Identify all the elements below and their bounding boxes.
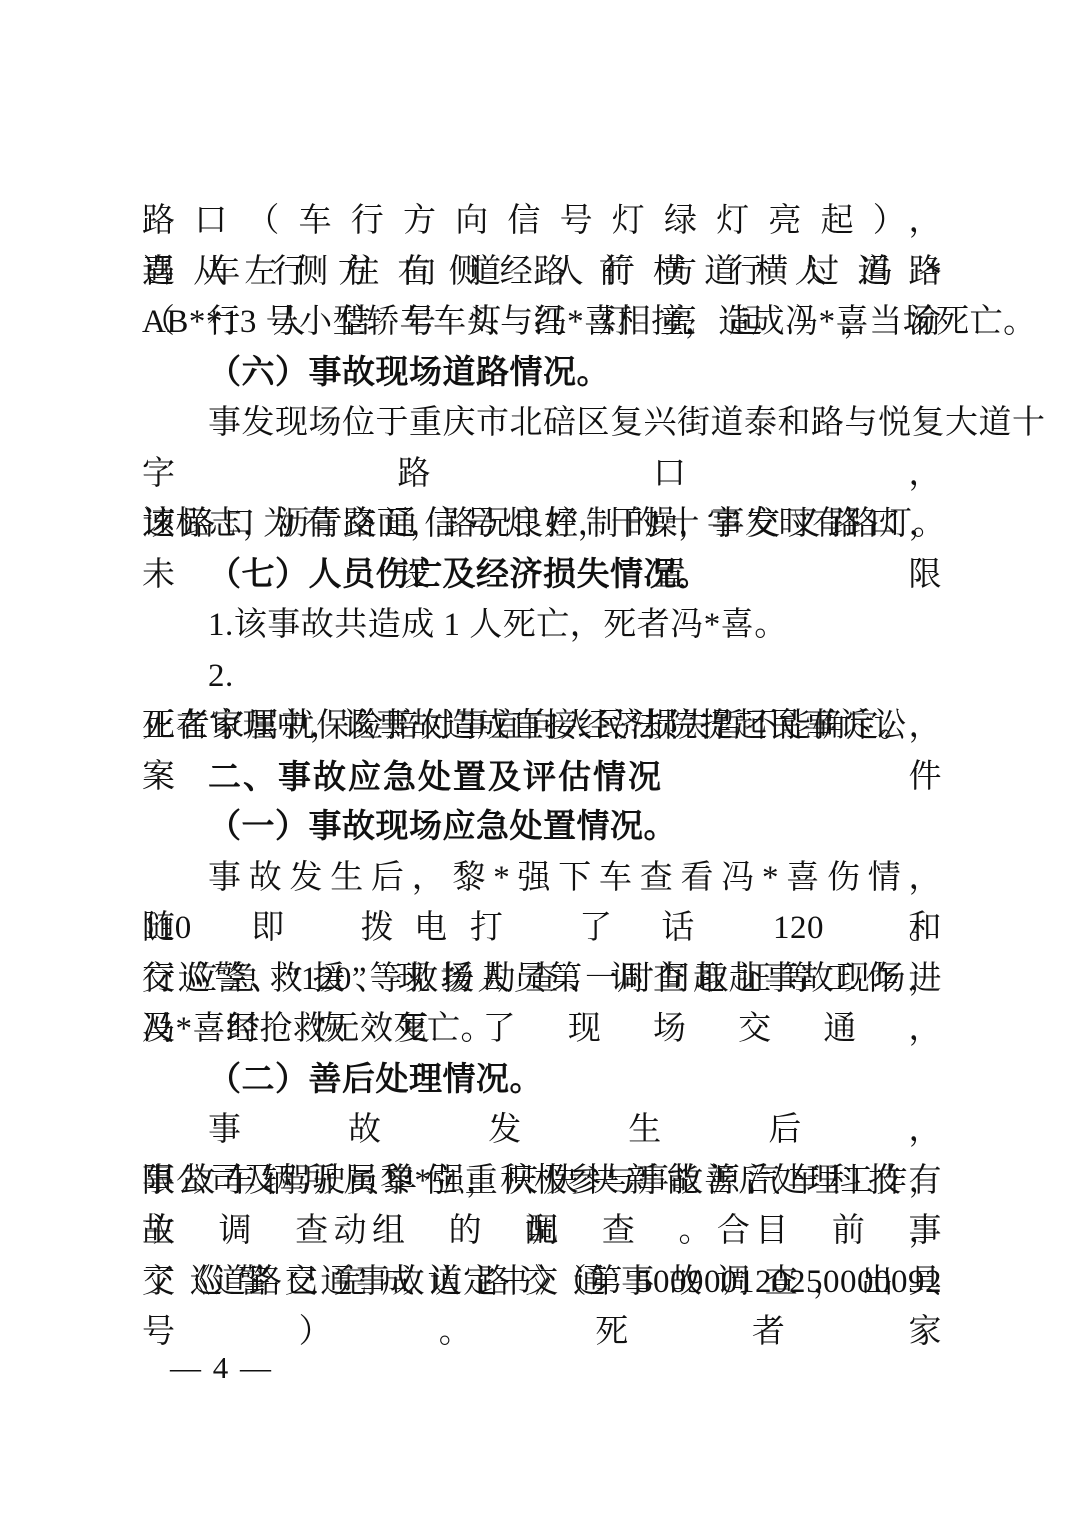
body-text-line: 喜从左侧往右侧经人行横道横过道路（行人信号灯红灯亮起），渝 [142,247,942,298]
body-text-line: 行应急救援、现场勘查、调查取证等工作，及时恢复了现场交通， [142,954,942,1005]
body-text-line: 事故发生后，黎*强下车查看冯*喜伤情，随即拨打了 120 和 [142,853,942,904]
body-text-line: 正在审理中，该事故造成直接经济损失暂不能确定。 [142,701,942,752]
body-text-line: 1.该事故共造成 1 人死亡，死者冯*喜。 [142,600,942,651]
document-text-block: 路口（车行方向信号灯绿灯亮起），遇车行方向道路前方行人冯* 喜从左侧往右侧经人行… [142,196,942,1307]
body-text-line: 路口（车行方向信号灯绿灯亮起），遇车行方向道路前方行人冯* [142,196,942,247]
body-text-line: 110 电话。交巡警、“120”等救援人员第一时间赶赴事故现场进 [142,903,942,954]
body-text-line: 速标志，沥青路面，路况良好，干燥，事发时有路灯。 [142,499,942,550]
document-page: 路口（车行方向信号灯绿灯亮起），遇车行方向道路前方行人冯* 喜从左侧往右侧经人行… [0,0,1074,1520]
subsection-heading-onsite-response: （一）事故现场应急处置情况。 [142,802,942,853]
body-text-line: 字路口，该路口为有交通信号灯控制的十字交叉路口，未设置限 [142,449,942,500]
body-text-line: AB**13 号小型轿车车头与冯*喜相撞，造成冯*喜当场死亡。 [142,297,942,348]
body-text-line: 2.死者家属就保险赔付事宜向人民法院提起民事诉讼，案件 [142,651,942,702]
subsection-heading-aftermath-handling: （二）善后处理情况。 [142,1055,942,1106]
body-text-line: 事故发生后，事故车辆所属单位重庆快快新能源汽车科技有 [142,1105,942,1156]
page-number: — 4 — [170,1350,273,1386]
body-text-line: 故调查组的调查。目前，交巡警已完成道路交通事故调查，出具 [142,1206,942,1257]
body-text-line: 事发现场位于重庆市北碚区复兴街道泰和路与悦复大道十 [142,398,942,449]
subsection-heading-road-conditions: （六）事故现场道路情况。 [142,348,942,399]
body-text-line: 限公司及驾驶员黎*强，积极参与事故善后处理工作，主动配合事 [142,1156,942,1207]
body-text-line: 了《道路交通事故认定书》（第 500900120250000092 号）。死者家 [142,1257,942,1308]
